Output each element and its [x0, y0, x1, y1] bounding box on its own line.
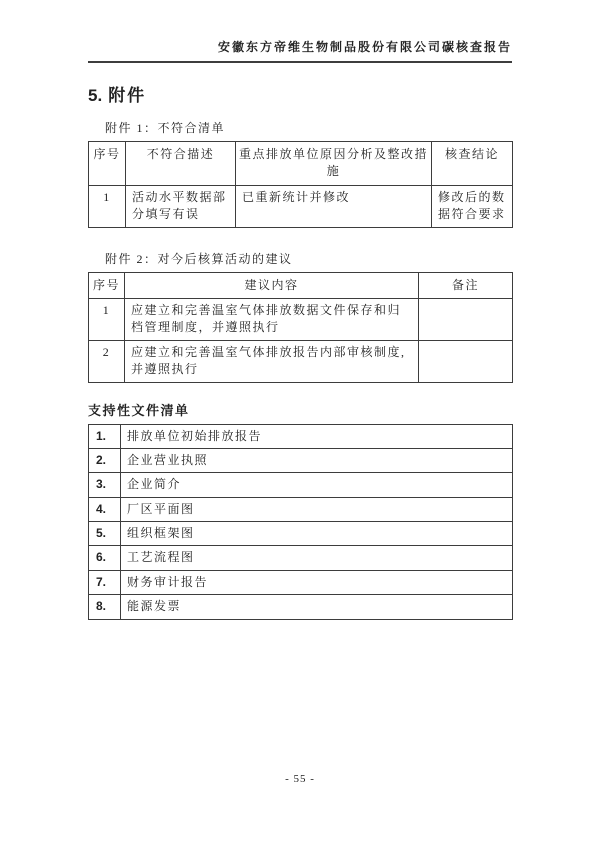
- cell-seq: 1: [89, 298, 125, 340]
- attachment2-caption: 附件 2：对今后核算活动的建议: [105, 250, 512, 267]
- supporting-documents-table: 1. 排放单位初始排放报告 2. 企业营业执照 3. 企业简介 4. 厂区平面图…: [88, 424, 513, 620]
- section-heading: 5.附件: [88, 81, 512, 106]
- suggestions-header-row: 序号 建议内容 备注: [89, 272, 513, 298]
- item-number: 4.: [89, 497, 121, 521]
- item-number: 7.: [89, 570, 121, 594]
- cell-seq: 1: [89, 185, 126, 227]
- cell-seq: 2: [89, 340, 125, 382]
- table-row: 2 应建立和完善温室气体排放报告内部审核制度,并遵照执行: [89, 340, 513, 382]
- item-name: 厂区平面图: [121, 497, 513, 521]
- suggestions-table: 序号 建议内容 备注 1 应建立和完善温室气体排放数据文件保存和归档管理制度，并…: [88, 272, 513, 383]
- section-title: 附件: [108, 86, 146, 105]
- item-number: 5.: [89, 522, 121, 546]
- report-header: 安徽东方帝维生物制品股份有限公司碳核查报告: [88, 38, 512, 63]
- cell-suggestion: 应建立和完善温室气体排放报告内部审核制度,并遵照执行: [125, 340, 419, 382]
- cell-suggestion: 应建立和完善温室气体排放数据文件保存和归档管理制度，并遵照执行: [125, 298, 419, 340]
- report-header-title: 安徽东方帝维生物制品股份有限公司碳核查报告: [218, 40, 512, 54]
- page-number: - 55 -: [0, 773, 600, 785]
- attachment1-caption: 附件 1：不符合清单: [105, 119, 512, 136]
- list-item: 7. 财务审计报告: [89, 570, 513, 594]
- cell-conclusion: 修改后的数据符合要求: [432, 185, 513, 227]
- col-header-seq: 序号: [89, 142, 126, 186]
- list-item: 1. 排放单位初始排放报告: [89, 424, 513, 448]
- nonconformity-table: 序号 不符合描述 重点排放单位原因分析及整改措施 核查结论 1 活动水平数据部分…: [88, 141, 513, 228]
- cell-description: 活动水平数据部分填写有误: [126, 185, 236, 227]
- item-number: 1.: [89, 424, 121, 448]
- supporting-documents-title: 支持性文件清单: [88, 400, 512, 419]
- cell-note: [419, 340, 513, 382]
- table-row: 1 应建立和完善温室气体排放数据文件保存和归档管理制度，并遵照执行: [89, 298, 513, 340]
- list-item: 6. 工艺流程图: [89, 546, 513, 570]
- nonconformity-header-row: 序号 不符合描述 重点排放单位原因分析及整改措施 核查结论: [89, 142, 513, 186]
- item-name: 能源发票: [121, 595, 513, 619]
- item-name: 排放单位初始排放报告: [121, 424, 513, 448]
- list-item: 3. 企业简介: [89, 473, 513, 497]
- item-number: 2.: [89, 448, 121, 472]
- col-header-note: 备注: [419, 272, 513, 298]
- list-item: 8. 能源发票: [89, 595, 513, 619]
- list-item: 4. 厂区平面图: [89, 497, 513, 521]
- col-header-conclusion: 核查结论: [432, 142, 513, 186]
- list-item: 2. 企业营业执照: [89, 448, 513, 472]
- col-header-description: 不符合描述: [126, 142, 236, 186]
- table-row: 1 活动水平数据部分填写有误 已重新统计并修改 修改后的数据符合要求: [89, 185, 513, 227]
- document-page: 安徽东方帝维生物制品股份有限公司碳核查报告 5.附件 附件 1：不符合清单 序号…: [0, 0, 600, 848]
- item-name: 财务审计报告: [121, 570, 513, 594]
- cell-note: [419, 298, 513, 340]
- item-name: 企业营业执照: [121, 448, 513, 472]
- item-name: 工艺流程图: [121, 546, 513, 570]
- item-number: 8.: [89, 595, 121, 619]
- cell-analysis: 已重新统计并修改: [236, 185, 432, 227]
- col-header-seq: 序号: [89, 272, 125, 298]
- item-number: 3.: [89, 473, 121, 497]
- section-number: 5.: [88, 86, 102, 105]
- list-item: 5. 组织框架图: [89, 522, 513, 546]
- item-name: 企业简介: [121, 473, 513, 497]
- item-number: 6.: [89, 546, 121, 570]
- col-header-suggestion: 建议内容: [125, 272, 419, 298]
- item-name: 组织框架图: [121, 522, 513, 546]
- col-header-analysis: 重点排放单位原因分析及整改措施: [236, 142, 432, 186]
